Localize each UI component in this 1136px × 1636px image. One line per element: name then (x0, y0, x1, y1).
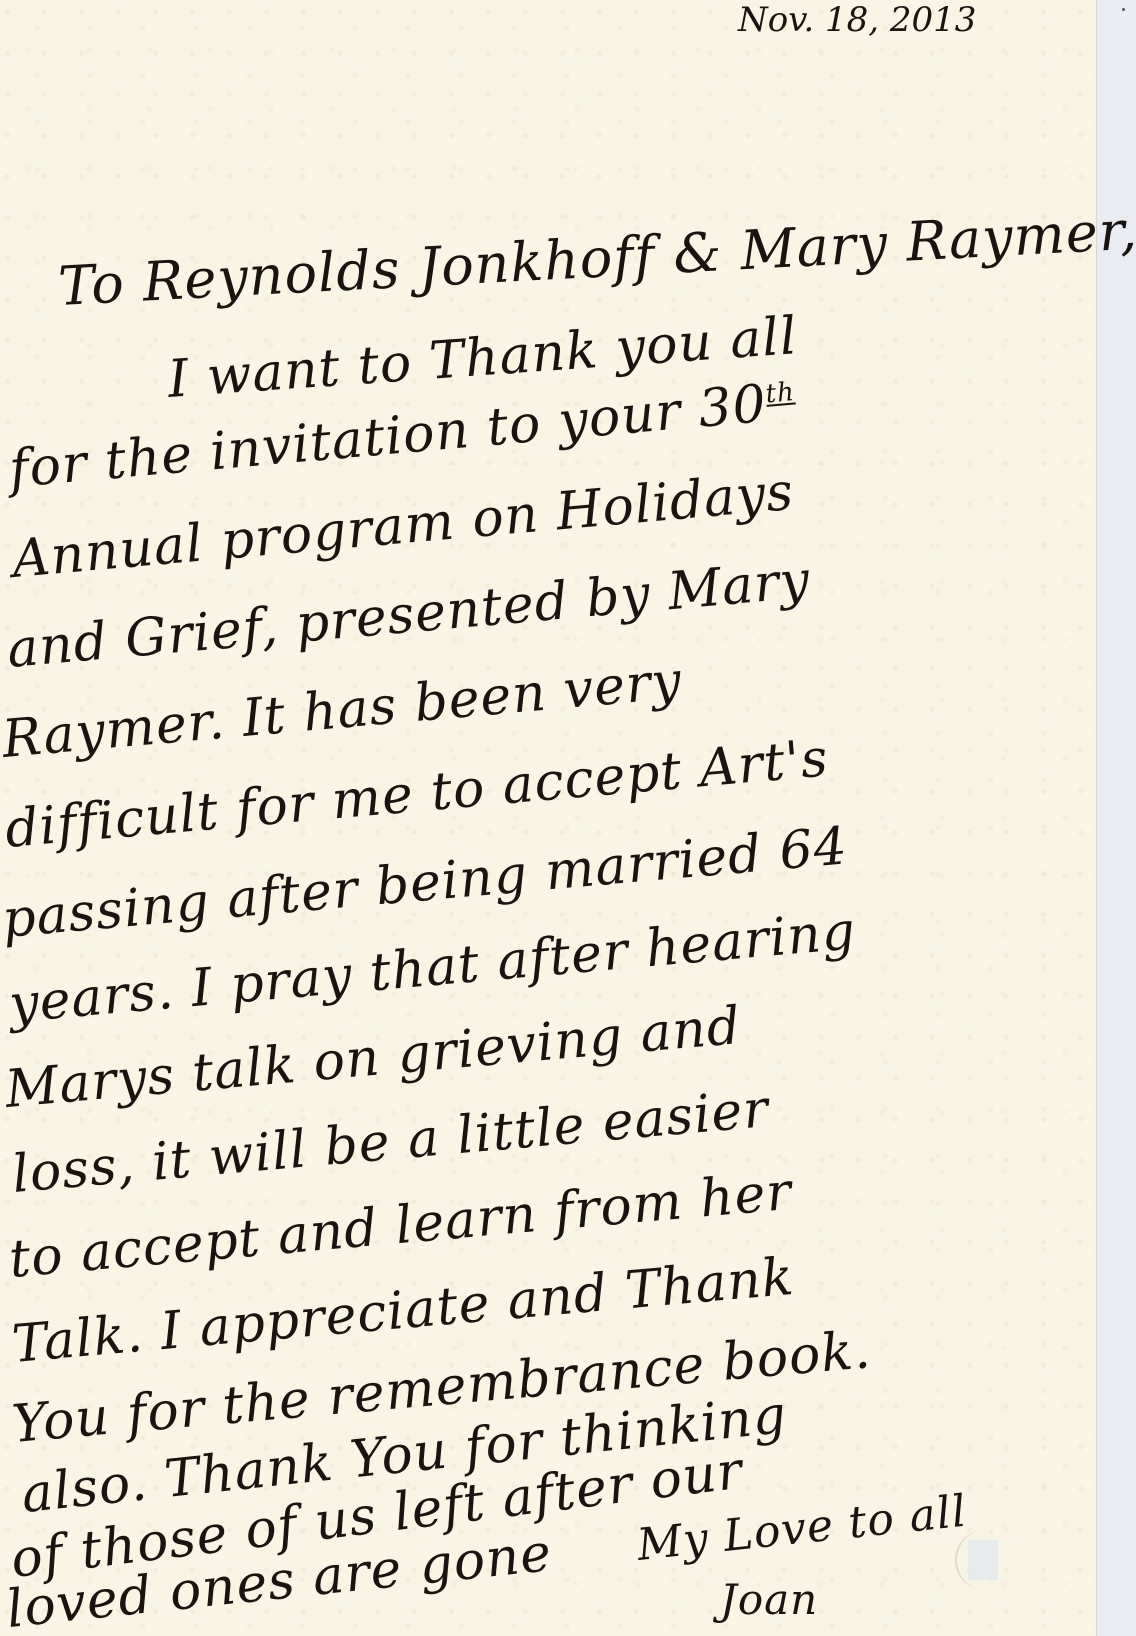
paper-light-spot (968, 1540, 998, 1580)
ordinal-suffix: th (764, 377, 796, 409)
letter-date: Nov. 18, 2013 (738, 0, 976, 40)
scan-speck (1122, 8, 1125, 11)
letter-salutation: To Reynolds Jonkhoff & Mary Raymer, (57, 199, 1136, 318)
letter-signature: Joan (720, 1575, 818, 1624)
scanned-letter: Nov. 18, 2013 To Reynolds Jonkhoff & Mar… (0, 0, 1136, 1636)
letter-paper: Nov. 18, 2013 To Reynolds Jonkhoff & Mar… (0, 0, 1096, 1636)
